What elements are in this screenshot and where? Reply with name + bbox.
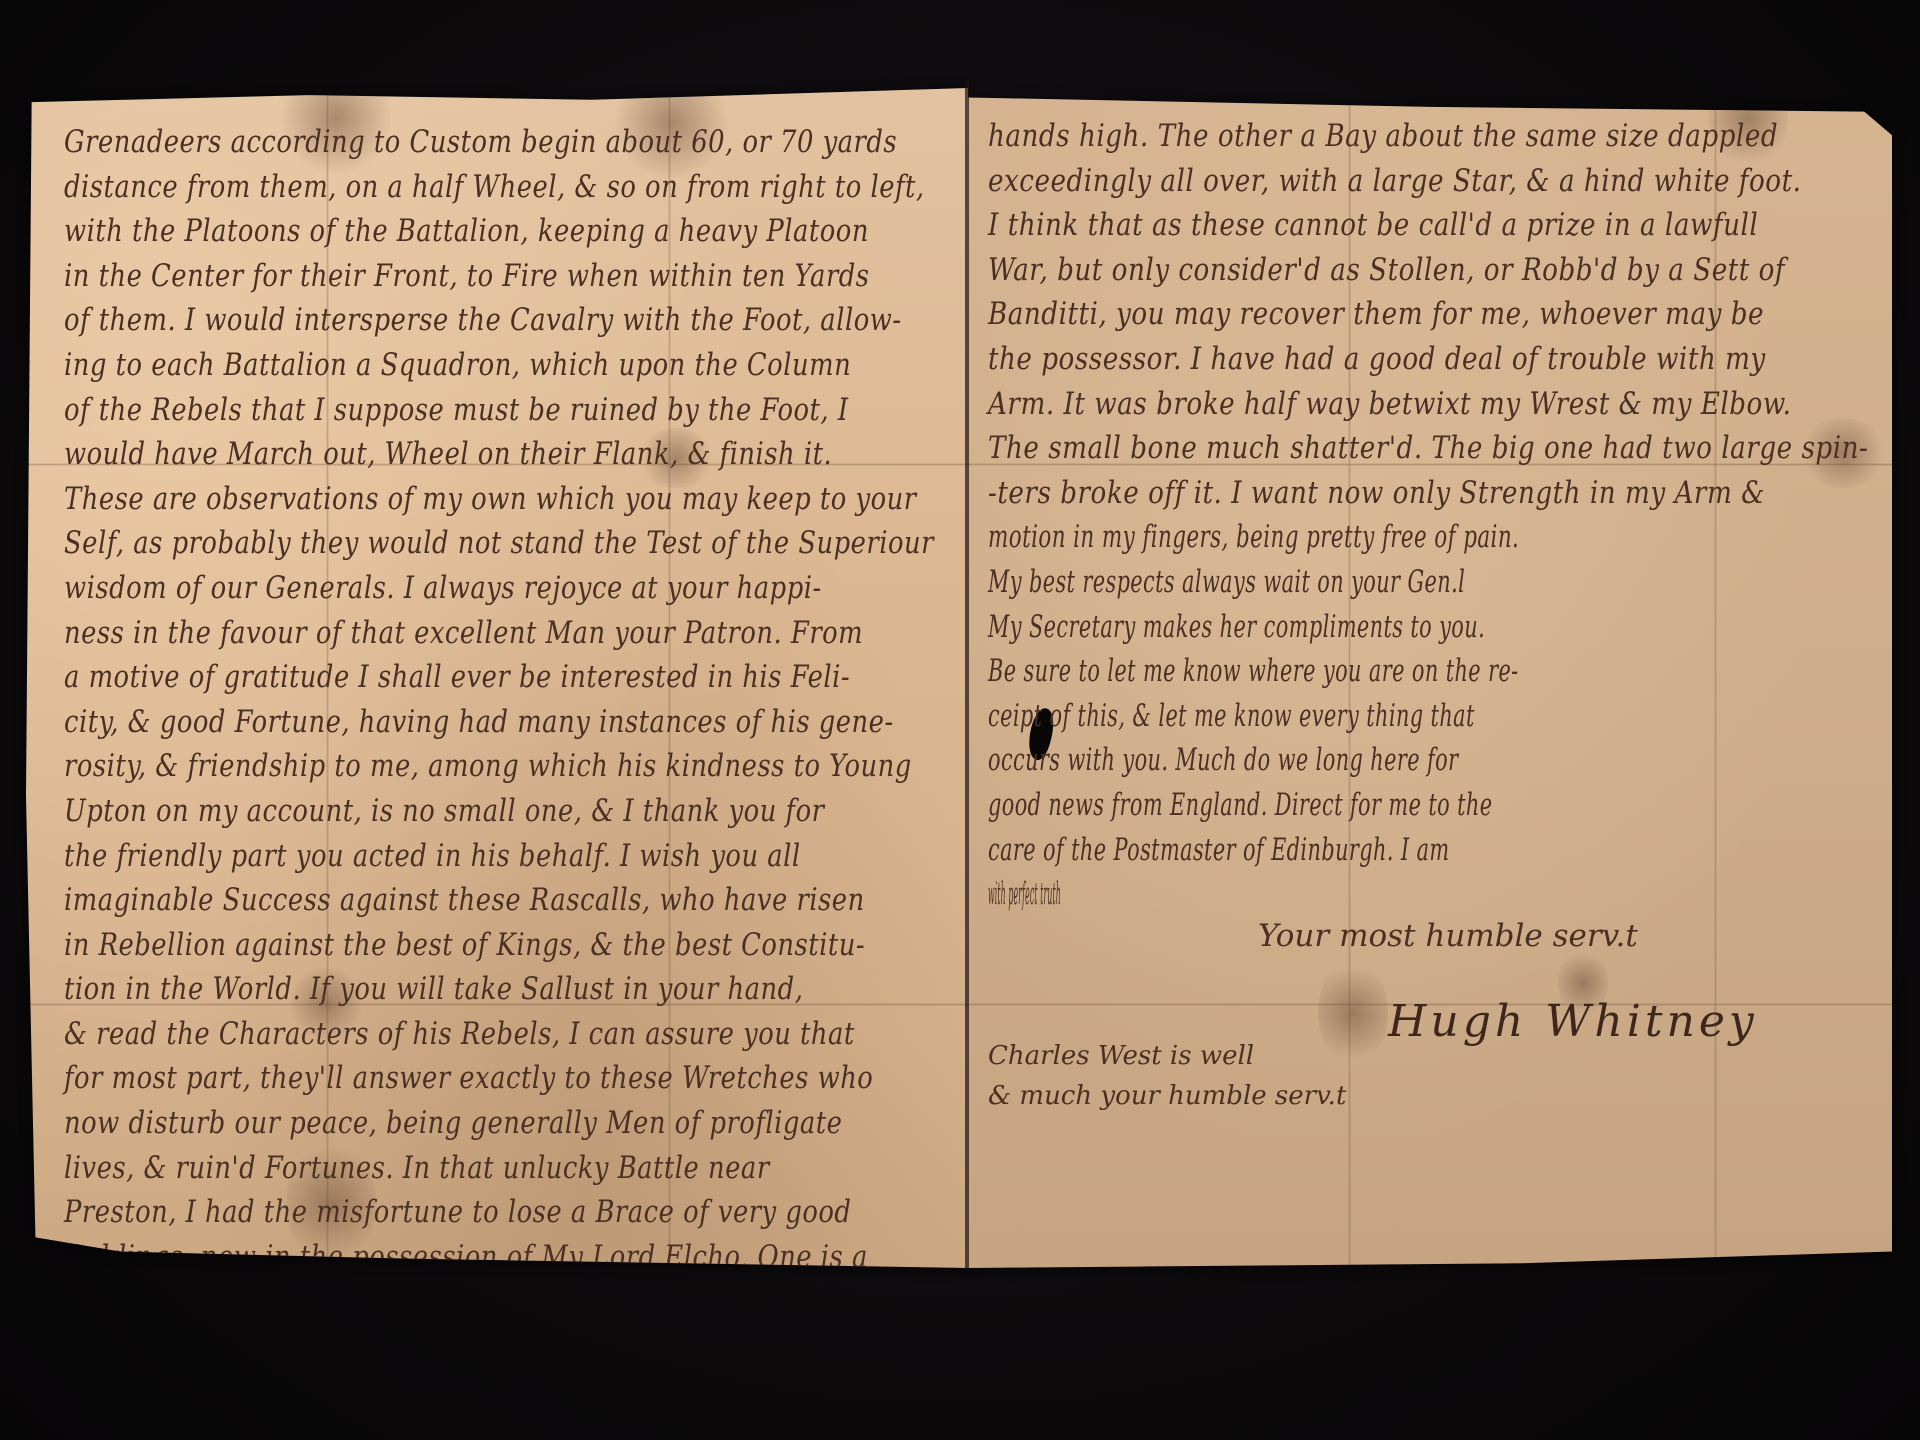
text-line: now disturb our peace, being generally M… xyxy=(64,1101,934,1146)
text-line: of the Rebels that I suppose must be rui… xyxy=(64,388,934,433)
text-line: care of the Postmaster of Edinburgh. I a… xyxy=(988,828,1688,873)
postscript-line: & much your humble serv.t xyxy=(988,1076,1346,1116)
text-line: Preston, I had the misfortune to lose a … xyxy=(64,1190,934,1235)
text-line: Upton on my account, is no small one, & … xyxy=(64,789,934,834)
text-line: Geldings, now in the possession of My Lo… xyxy=(64,1235,934,1268)
text-line: with the Platoons of the Battalion, keep… xyxy=(64,209,934,254)
text-line: the possessor. I have had a good deal of… xyxy=(988,337,1868,382)
text-line: would have March out, Wheel on their Fla… xyxy=(64,432,934,477)
letter-sheet: Grenadeers according to Custom begin abo… xyxy=(26,88,1892,1268)
text-line: lives, & ruin'd Fortunes. In that unluck… xyxy=(64,1146,934,1191)
text-line: These are observations of my own which y… xyxy=(64,477,934,522)
text-line: hands high. The other a Bay about the sa… xyxy=(988,114,1868,159)
text-line: distance from them, on a half Wheel, & s… xyxy=(64,165,934,210)
text-line: of them. I would intersperse the Cavalry… xyxy=(64,298,934,343)
letter-signature: Hugh Whitney xyxy=(1388,996,1758,1047)
left-page-text: Grenadeers according to Custom begin abo… xyxy=(64,120,968,1268)
text-line: Self, as probably they would not stand t… xyxy=(64,521,934,566)
text-line: Arm. It was broke half way betwixt my Wr… xyxy=(988,382,1868,427)
letter-closing: Your most humble serv.t xyxy=(1258,918,1638,954)
text-line: Be sure to let me know where you are on … xyxy=(988,649,1688,694)
right-page: hands high. The other a Bay about the sa… xyxy=(968,88,1892,1268)
text-line: I think that as these cannot be call'd a… xyxy=(988,203,1868,248)
text-line: motion in my fingers, being pretty free … xyxy=(988,515,1708,560)
text-line: & read the Characters of his Rebels, I c… xyxy=(64,1012,934,1057)
text-line: Banditti, you may recover them for me, w… xyxy=(988,292,1868,337)
text-line: for most part, they'll answer exactly to… xyxy=(64,1056,934,1101)
text-line: a motive of gratitude I shall ever be in… xyxy=(64,655,934,700)
postscript: Charles West is well & much your humble … xyxy=(988,1036,1346,1116)
text-line: War, but only consider'd as Stollen, or … xyxy=(988,248,1868,293)
text-line: the friendly part you acted in his behal… xyxy=(64,834,934,879)
text-line: Grenadeers according to Custom begin abo… xyxy=(64,120,934,165)
right-page-text: hands high. The other a Bay about the sa… xyxy=(988,114,1892,917)
left-page: Grenadeers according to Custom begin abo… xyxy=(26,88,968,1268)
text-line: -ters broke off it. I want now only Stre… xyxy=(988,471,1868,516)
text-line: in the Center for their Front, to Fire w… xyxy=(64,254,934,299)
text-line: in Rebellion against the best of Kings, … xyxy=(64,923,934,968)
text-line: ness in the favour of that excellent Man… xyxy=(64,611,934,656)
text-line: wisdom of our Generals. I always rejoyce… xyxy=(64,566,934,611)
text-line: imaginable Success against these Rascall… xyxy=(64,878,934,923)
text-line: My best respects always wait on your Gen… xyxy=(988,560,1688,605)
photograph-backdrop: Grenadeers according to Custom begin abo… xyxy=(0,0,1920,1440)
text-line: ing to each Battalion a Squadron, which … xyxy=(64,343,934,388)
text-line: tion in the World. If you will take Sall… xyxy=(64,967,934,1012)
postscript-line: Charles West is well xyxy=(988,1036,1346,1076)
text-line: My Secretary makes her compliments to yo… xyxy=(988,605,1688,650)
center-fold-gap xyxy=(965,80,969,1270)
text-line: exceedingly all over, with a large Star,… xyxy=(988,159,1868,204)
text-line: rosity, & friendship to me, among which … xyxy=(64,744,934,789)
text-line: with perfect truth xyxy=(988,872,1248,917)
text-line: The small bone much shatter'd. The big o… xyxy=(988,426,1868,471)
text-line: ceipt of this, & let me know every thing… xyxy=(988,694,1688,739)
text-line: good news from England. Direct for me to… xyxy=(988,783,1688,828)
text-line: occurs with you. Much do we long here fo… xyxy=(988,738,1688,783)
text-line: city, & good Fortune, having had many in… xyxy=(64,700,934,745)
